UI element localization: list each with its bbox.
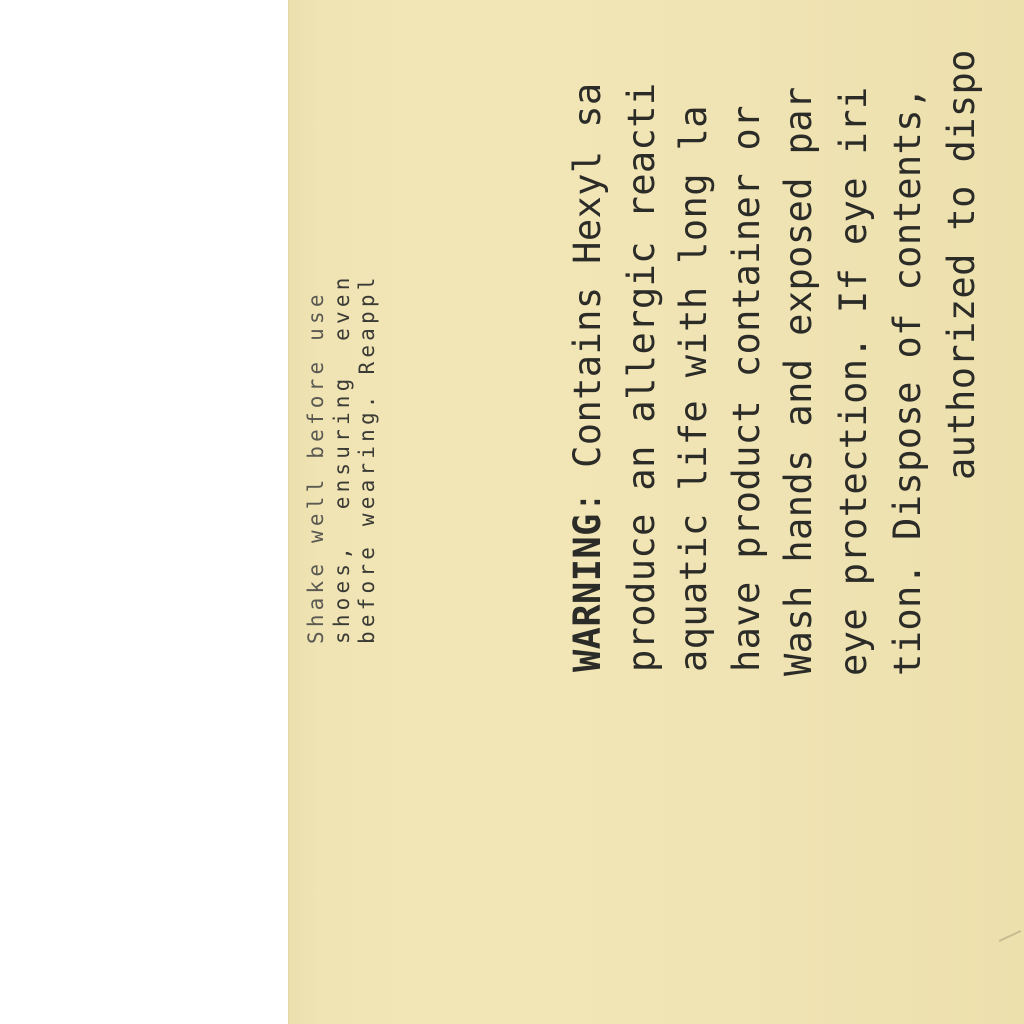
warning-line-4: have product container or (725, 105, 768, 672)
warning-line-1: WARNING: Contains Hexyl sa (566, 82, 609, 672)
warning-line-3: aquatic life with long la (672, 105, 715, 672)
warning-heading: WARNING (566, 513, 609, 672)
usage-line-2: shoes, ensuring even (330, 273, 354, 644)
usage-line-3: before wearing. Reappl (355, 273, 379, 644)
warning-line-2: produce an allergic reacti (620, 82, 663, 672)
warning-line-7: tion. Dispose of contents, (886, 86, 929, 676)
warning-line-8: authorized to dispo (940, 49, 983, 480)
warning-line-6: eye protection. If eye iri (832, 86, 875, 676)
warning-line-5: Wash hands and exposed par (777, 86, 820, 676)
warning-separator: : (566, 491, 609, 514)
usage-line-1: Shake well before use (304, 290, 328, 644)
warning-line-1-text: Contains Hexyl sa (566, 82, 609, 490)
